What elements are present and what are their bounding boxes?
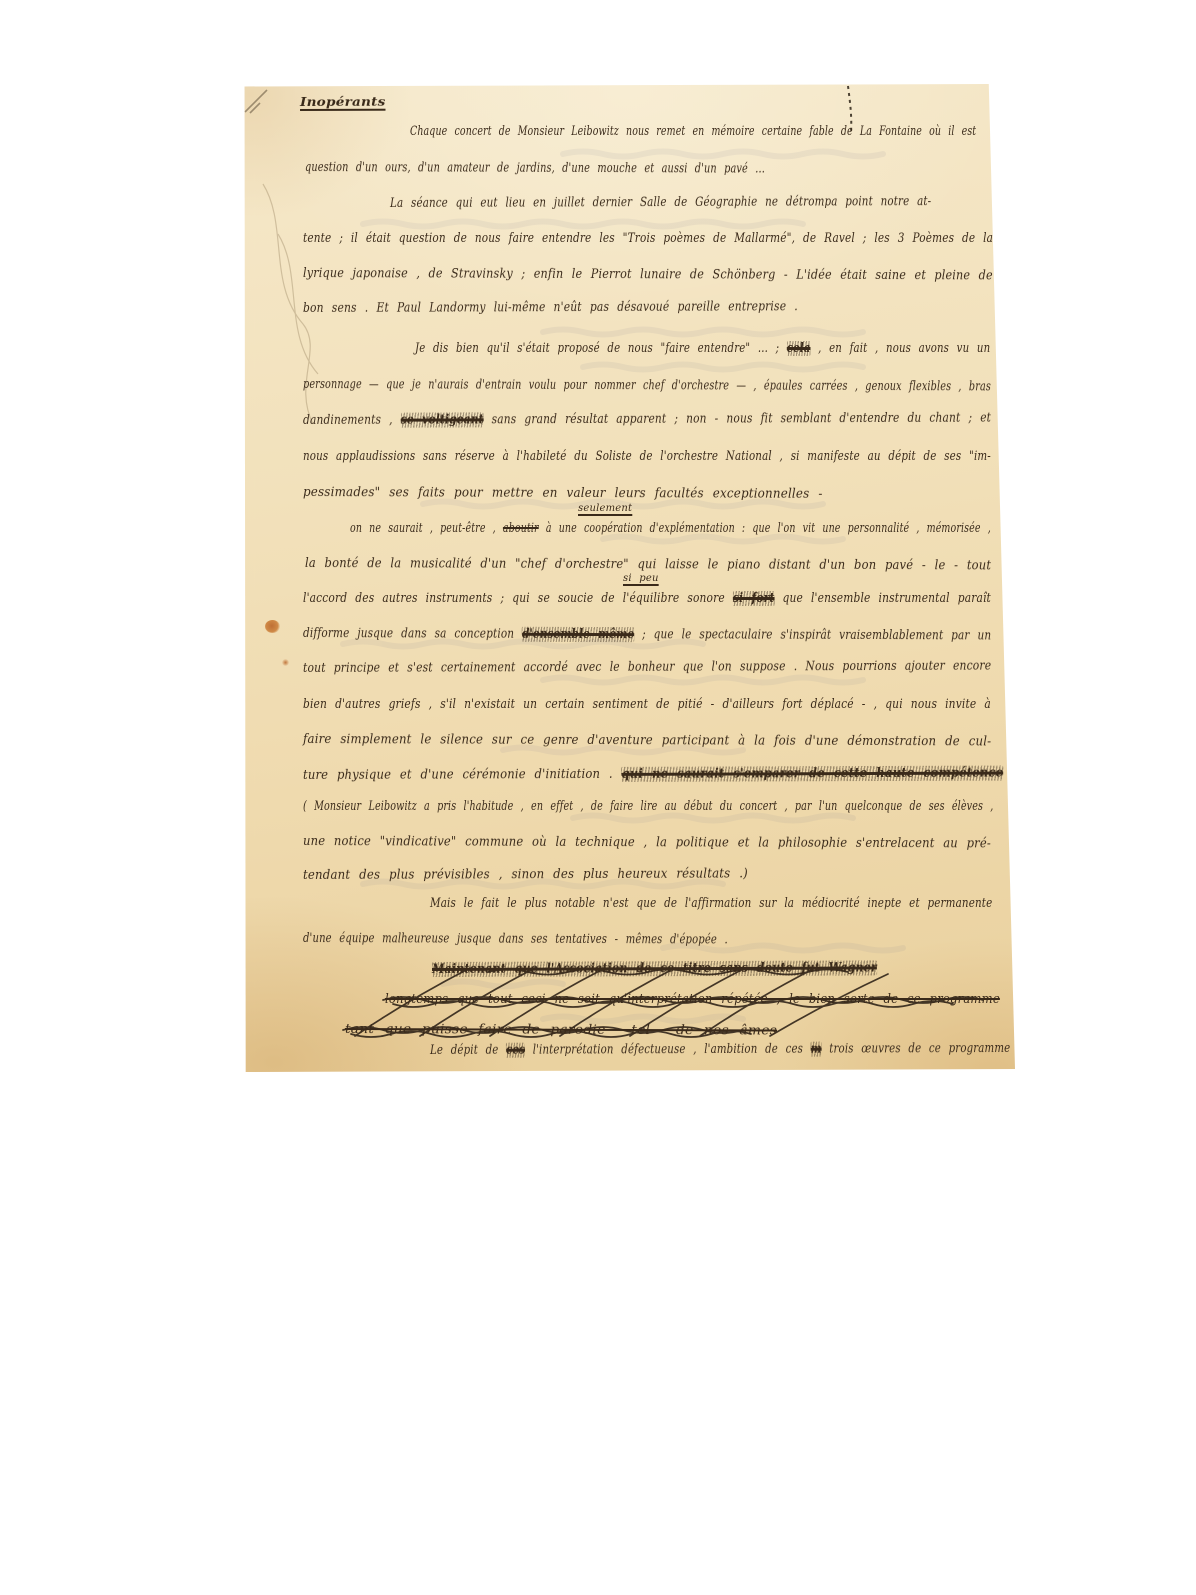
handwriting-text: tout principe et s'est certainement acco… — [303, 659, 991, 676]
handwriting-text: que l'ensemble instrumental paraît — [774, 591, 991, 606]
handwriting-line: question d'un ours, d'un amateur de jard… — [305, 160, 765, 177]
handwriting-text: bien d'autres griefs , s'il n'existait u… — [303, 697, 991, 712]
scribbled-out-text: d'ensemble même — [522, 627, 634, 642]
handwriting-line: on ne saurait , peut-être , aboutir à un… — [350, 521, 991, 536]
handwriting-line: tendant des plus prévisibles , sinon des… — [303, 866, 748, 883]
handwriting-line: tout principe et s'est certainement acco… — [303, 659, 991, 676]
handwriting-text: d'une équipe malheureuse jusque dans ses… — [303, 931, 728, 947]
crossed-out-line: longtemps que tout ceci ne soit qu'inter… — [385, 992, 1000, 1007]
handwriting-line: bien d'autres griefs , s'il n'existait u… — [303, 697, 991, 712]
handwriting-text: faire simplement le silence sur ce genre… — [303, 732, 991, 749]
scribbled-out-text: si fort — [733, 591, 775, 606]
handwriting-text: ; que le spectaculaire s'inspirât vraise… — [634, 627, 991, 643]
handwriting-text: l'accord des autres instruments ; qui se… — [303, 591, 733, 606]
handwriting-text: dandinements , — [303, 413, 401, 428]
handwriting-text: ture physique et d'une cérémonie d'initi… — [303, 767, 622, 783]
inserted-word: seulement — [578, 503, 632, 514]
handwriting-text: la bonté de la musicalité d'un "chef d'o… — [305, 556, 991, 573]
page-title: Inopérants — [300, 95, 386, 109]
handwriting-text: nous applaudissions sans réserve à l'hab… — [303, 449, 991, 464]
handwriting-text: difforme jusque dans sa conception — [303, 626, 522, 642]
handwriting-text: lyrique japonaise , de Stravinsky ; enfi… — [303, 266, 993, 283]
rust-stain — [265, 620, 280, 633]
scanned-page: InopérantsChaque concert de Monsieur Lei… — [243, 84, 1015, 1072]
handwriting-line: Chaque concert de Monsieur Leibowitz nou… — [410, 124, 976, 139]
handwriting-line: d'une équipe malheureuse jusque dans ses… — [303, 931, 728, 947]
handwriting-text: Le dépit de — [430, 1043, 506, 1058]
scribbled-out-text: m — [811, 1042, 822, 1057]
handwriting-text: à une coopération d'explémentation : que… — [539, 521, 991, 536]
handwriting-line: faire simplement le silence sur ce genre… — [303, 732, 991, 749]
scribbled-out-text: se voltigeant — [401, 412, 484, 427]
scribbled-out-text: qui ne saurait s'emparer de cette haute … — [621, 766, 1003, 782]
handwriting-line: lyrique japonaise , de Stravinsky ; enfi… — [303, 266, 993, 283]
handwriting-text: l'interprétation défectueuse , l'ambitio… — [525, 1042, 811, 1058]
handwriting-line: l'accord des autres instruments ; qui se… — [303, 591, 991, 606]
handwriting-text: Inopérants — [300, 95, 386, 109]
handwriting-line: La séance qui eut lieu en juillet dernie… — [390, 194, 931, 211]
struck-text: tant que puisse faire de parodie - tel -… — [345, 1022, 777, 1039]
handwriting-text: seulement — [578, 503, 632, 514]
handwriting-line: tente ; il était question de nous faire … — [303, 231, 993, 246]
handwriting-text: Chaque concert de Monsieur Leibowitz nou… — [410, 124, 976, 139]
handwriting-text: on ne saurait , peut-être , — [350, 521, 503, 536]
handwriting-line: la bonté de la musicalité d'un "chef d'o… — [305, 556, 991, 573]
handwriting-line: bon sens . Et Paul Landormy lui-même n'e… — [303, 299, 798, 316]
scan-background: InopérantsChaque concert de Monsieur Lei… — [0, 0, 1196, 1595]
inserted-word: si peu — [623, 573, 659, 584]
struck-text: aboutir — [503, 521, 539, 536]
scribbled-out-text: cela — [787, 341, 811, 356]
handwriting-line: difforme jusque dans sa conception d'ens… — [303, 626, 991, 643]
handwriting-text: tendant des plus prévisibles , sinon des… — [303, 866, 748, 883]
handwriting-text: une notice "vindicative" commune où la t… — [303, 834, 991, 851]
handwriting-text: sans grand résultat apparent ; non - nou… — [484, 411, 991, 428]
handwriting-text: pessimades" ses faits pour mettre en val… — [303, 485, 823, 502]
handwriting-line: une notice "vindicative" commune où la t… — [303, 834, 991, 851]
handwriting-line: ( Monsieur Leibowitz a pris l'habitude ,… — [303, 799, 993, 814]
handwriting-line: pessimades" ses faits pour mettre en val… — [303, 485, 823, 502]
scribbled-out-text: ces — [506, 1043, 525, 1058]
corner-pencil-mark — [245, 90, 267, 112]
handwriting-line: Mais le fait le plus notable n'est que d… — [430, 896, 992, 911]
handwriting-text: si peu — [623, 573, 659, 584]
handwriting-line: Le dépit de ces l'interprétation défectu… — [430, 1041, 1010, 1058]
scribbled-out-text: Maintenant que l'Association de ce titre… — [432, 960, 877, 977]
crossed-out-line: Maintenant que l'Association de ce titre… — [432, 960, 877, 977]
handwriting-text: ( Monsieur Leibowitz a pris l'habitude ,… — [303, 799, 993, 814]
handwriting-line: Je dis bien qu'il s'était proposé de nou… — [415, 341, 990, 356]
handwriting-text: , en fait , nous avons vu un — [810, 341, 990, 356]
handwriting-text: personnage — que je n'aurais d'entrain v… — [303, 377, 991, 394]
handwriting-line: personnage — que je n'aurais d'entrain v… — [303, 377, 991, 394]
handwriting-text: La séance qui eut lieu en juillet dernie… — [390, 194, 931, 211]
handwriting-line: dandinements , se voltigeant sans grand … — [303, 411, 991, 428]
handwriting-text: Je dis bien qu'il s'était proposé de nou… — [415, 341, 787, 356]
handwriting-text: trois œuvres de ce programme — [822, 1041, 1011, 1057]
rust-stain-small — [282, 659, 289, 666]
handwriting-text: tente ; il était question de nous faire … — [303, 231, 993, 246]
handwriting-line: nous applaudissions sans réserve à l'hab… — [303, 449, 991, 464]
handwriting-text: Mais le fait le plus notable n'est que d… — [430, 896, 992, 911]
crossed-out-line: tant que puisse faire de parodie - tel -… — [345, 1022, 777, 1039]
handwriting-text: bon sens . Et Paul Landormy lui-même n'e… — [303, 299, 798, 316]
handwriting-text: question d'un ours, d'un amateur de jard… — [305, 160, 765, 177]
struck-text: longtemps que tout ceci ne soit qu'inter… — [385, 992, 1000, 1007]
handwriting-line: ture physique et d'une cérémonie d'initi… — [303, 766, 1003, 783]
